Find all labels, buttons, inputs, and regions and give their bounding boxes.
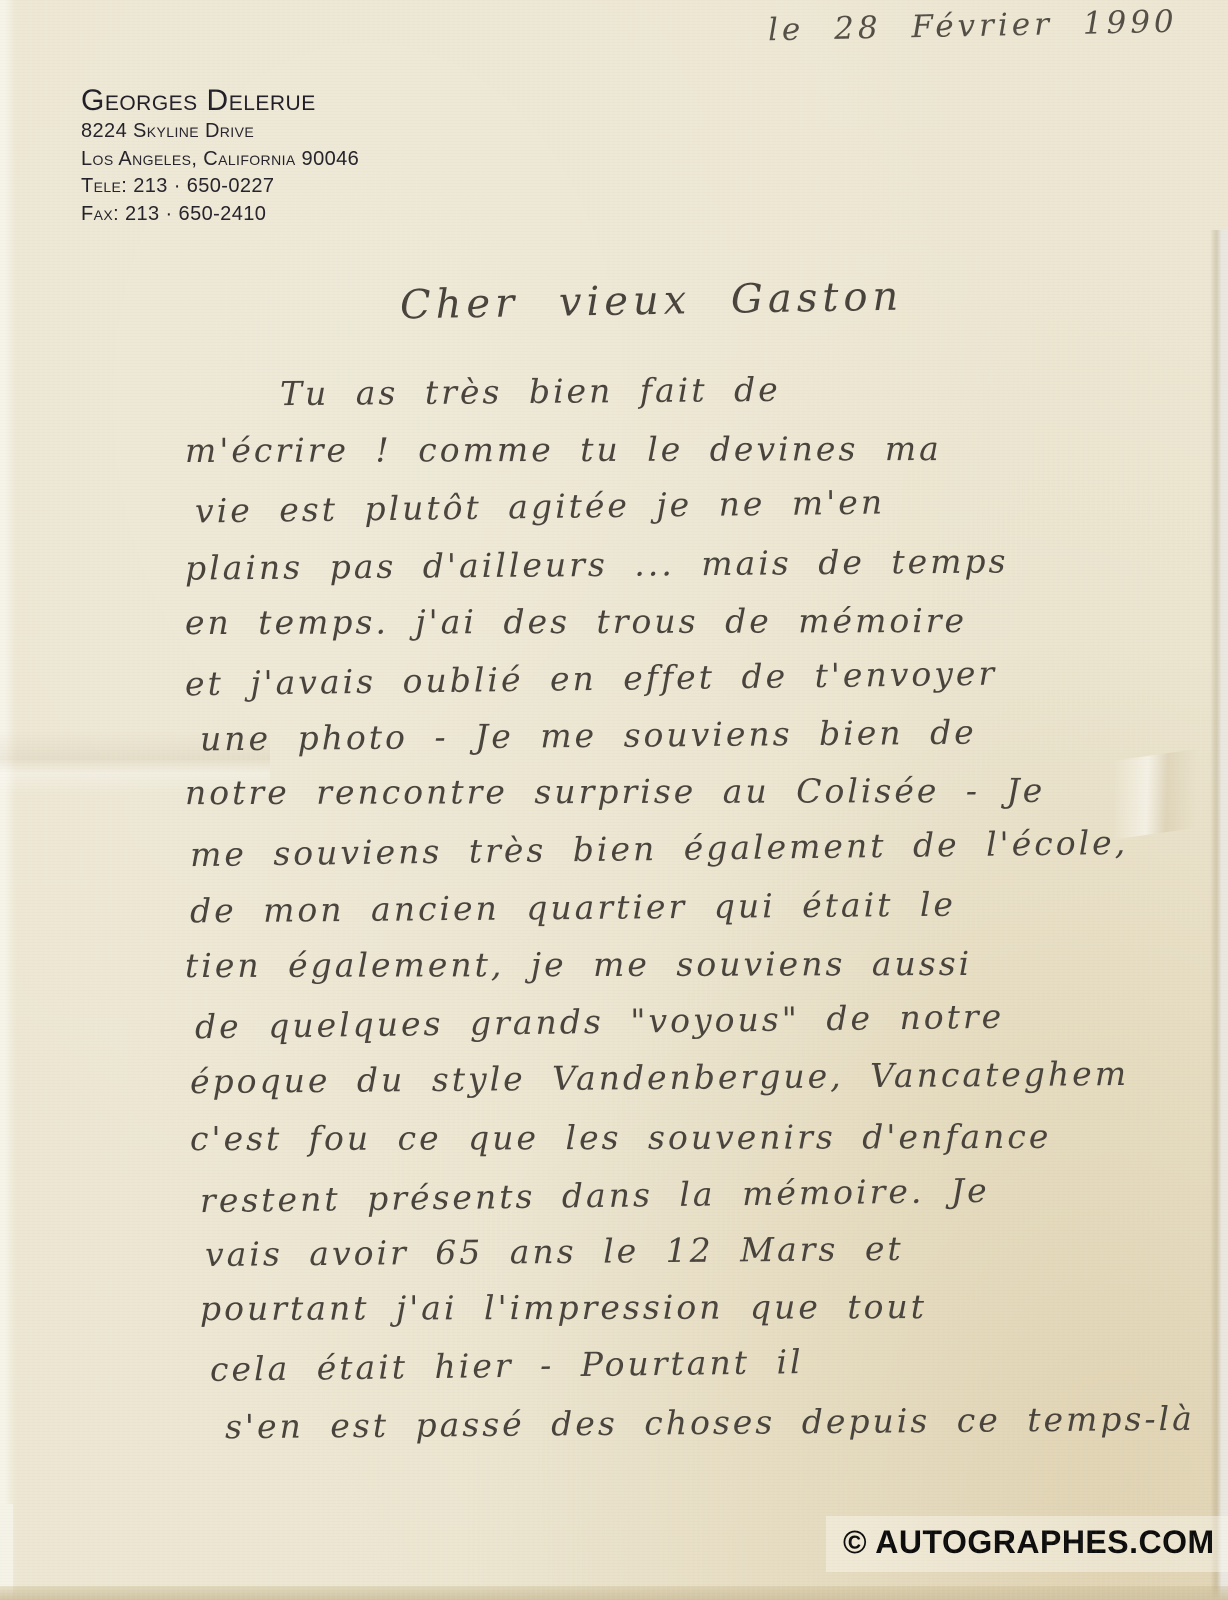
letter-line: s'en est passé des choses depuis ce temp… — [225, 1399, 1195, 1446]
letter-line: de mon ancien quartier qui était le — [190, 885, 956, 931]
letter-line: plains pas d'ailleurs ... mais de temps — [185, 541, 1009, 587]
letterhead-name: Georges Delerue — [81, 84, 359, 118]
letter-line: vais avoir 65 ans le 12 Mars et — [205, 1229, 904, 1274]
letter-line: m'écrire ! comme tu le devines ma — [185, 429, 942, 470]
letter-line: époque du style Vandenbergue, Vancateghe… — [190, 1054, 1129, 1101]
letter-line: vie est plutôt agitée je ne m'en — [195, 482, 886, 530]
letter-line: c'est fou ce que les souvenirs d'enfance — [190, 1117, 1051, 1158]
letterhead-street: 8224 Skyline Drive — [81, 118, 359, 146]
watermark: © AUTOGRAPHES.COM — [843, 1524, 1215, 1561]
paper-bottom-edge — [0, 1586, 1228, 1600]
letter-line: restent présents dans la mémoire. Je — [200, 1171, 990, 1220]
letterhead-city: Los Angeles, California 90046 — [81, 146, 359, 174]
letter-line: notre rencontre surprise au Colisée - Je — [185, 771, 1045, 812]
letter-line: me souviens très bien également de l'éco… — [190, 823, 1129, 874]
letter-line: tien également, je me souviens aussi — [185, 944, 972, 985]
letter-line: et j'avais oublié en effet de t'envoyer — [185, 654, 998, 704]
paper-left-edge — [0, 0, 16, 1600]
salutation: Cher vieux Gaston — [400, 274, 904, 329]
letterhead-tele: Tele: 213 · 650-0227 — [81, 173, 359, 201]
letterhead: Georges Delerue 8224 Skyline Drive Los A… — [81, 84, 359, 228]
handwritten-date: le 28 Février 1990 — [768, 4, 1178, 49]
letterhead-fax: Fax: 213 · 650-2410 — [81, 201, 359, 229]
paper-right-edge — [1210, 230, 1228, 1600]
letter-line: Tu as très bien fait de — [280, 370, 781, 413]
letter-line: en temps. j'ai des trous de mémoire — [185, 601, 967, 642]
letter-line: de quelques grands "voyous" de notre — [195, 997, 1005, 1047]
letter-line: pourtant j'ai l'impression que tout — [200, 1287, 927, 1328]
scanned-letter-page: Georges Delerue 8224 Skyline Drive Los A… — [0, 0, 1228, 1600]
letter-line: une photo - Je me souviens bien de — [200, 713, 977, 759]
letter-line: cela était hier - Pourtant il — [210, 1342, 804, 1389]
